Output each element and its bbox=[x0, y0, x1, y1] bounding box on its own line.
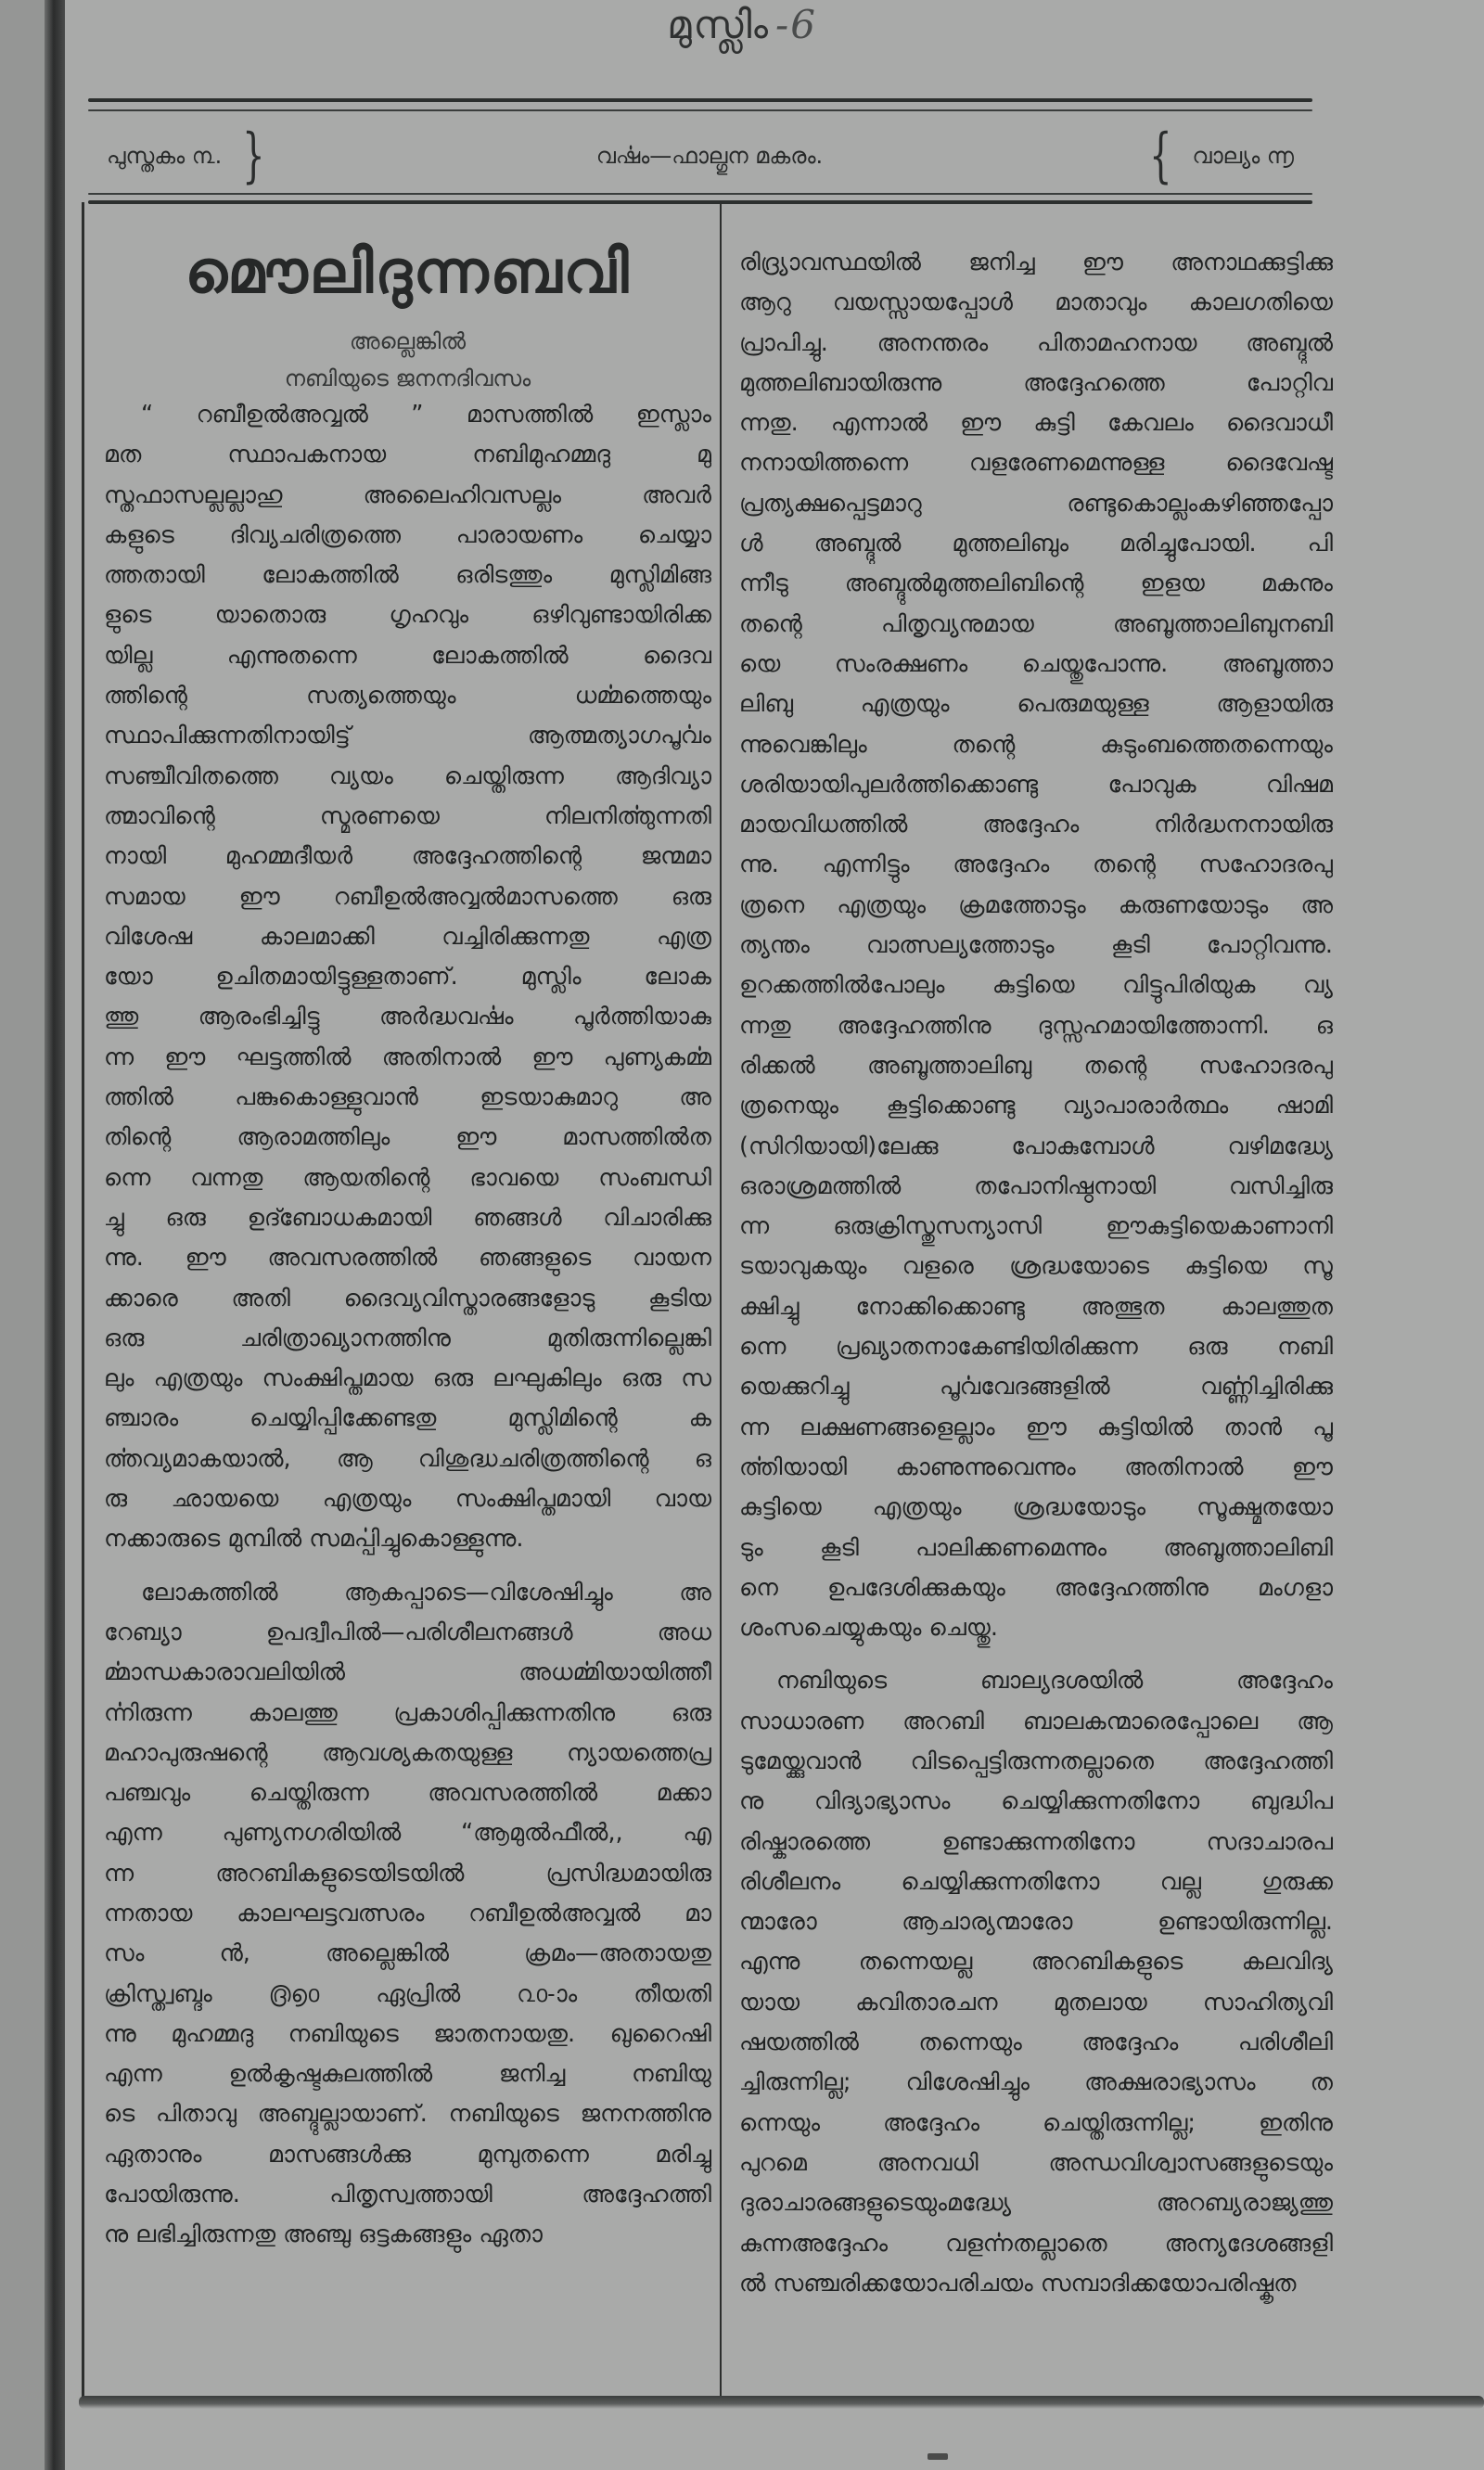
header-rule-top-thin bbox=[88, 109, 1312, 111]
text-line: ൽ സഞ്ചരിക്കയോപരിചയം സമ്പാദിക്കയോപരിഷ്കൃത bbox=[739, 2264, 1333, 2304]
header-rule-bottom-thick bbox=[88, 200, 1312, 204]
text-line: ന്മാരോ ആചാര്യന്മാരോ ഉണ്ടായിരുന്നില്ല. bbox=[739, 1902, 1333, 1942]
text-line: ക്ഷിച്ചു നോക്കിക്കൊണ്ടു അത്ഭുത കാലത്തുത bbox=[739, 1287, 1333, 1327]
text-line: ക്രിസ്ത്വബ്ദം ൫൭൦ ഏപ്രിൽ ൨൦-ാം തീയതി bbox=[104, 1975, 711, 2015]
text-line: ന്നീടു അബ്ദുൽമുത്തലിബിന്റെ ഇളയ മകനും bbox=[739, 564, 1333, 604]
text-line: സം ൻ, അല്ലെങ്കിൽ ക്രമം—അതായതു bbox=[104, 1934, 711, 1974]
text-line: യെ സംരക്ഷണം ചെയ്തുപോന്നു. അബൂത്താ bbox=[739, 645, 1333, 685]
text-line: നെ ഉപദേശിക്കുകയും അദ്ദേഹത്തിനു മംഗളാ bbox=[739, 1568, 1333, 1608]
text-line: സമായ ഈ റബീഉൽഅവ്വൽമാസത്തെ ഒരു bbox=[104, 877, 711, 917]
text-line: ടെ പിതാവു അബ്ദുല്ലായാണ്. നബിയുടെ ജനനത്തി… bbox=[104, 2094, 711, 2134]
text-line: (സിറിയായി)ലേക്കു പോകുമ്പോൾ വഴിമദ്ധ്യേ bbox=[739, 1127, 1333, 1167]
text-line: ന്നു. ഈ അവസരത്തിൽ ഞങ്ങളുടെ വായന bbox=[104, 1238, 711, 1278]
text-line: മായവിധത്തിൽ അദ്ദേഹം നിർദ്ധനനായിരു bbox=[739, 805, 1333, 845]
text-line: സഞ്ചീവിതത്തെ വ്യയം ചെയ്തിരുന്ന ആദിവ്യാ bbox=[104, 757, 711, 797]
text-line: പുറമെ അനവധി അന്ധവിശ്വാസങ്ങളുടെയും bbox=[739, 2144, 1333, 2183]
page-binding-edge bbox=[45, 0, 65, 2470]
article-title: മൌലിദുന്നബവി bbox=[104, 234, 711, 312]
text-line: ശരിയായിപുലർത്തിക്കൊണ്ടു പോവുക വിഷമ bbox=[739, 765, 1333, 805]
text-line: ച്ചിരുന്നില്ല; വിശേഷിച്ചും അക്ഷരാഭ്യാസം … bbox=[739, 2063, 1333, 2103]
text-line: ടും കൂടി പാലിക്കണമെന്നും അബൂത്താലിബി bbox=[739, 1529, 1333, 1568]
text-line: ഞ്ചാരം ചെയ്യിപ്പിക്കേണ്ടതു മുസ്ലിമിന്റെ … bbox=[104, 1399, 711, 1439]
issue-info-bar: പുസ്തകം ൩. } വൎഷം—ഫാല്ഗുന മകരം. { വാല്യം… bbox=[88, 125, 1322, 186]
text-line: ത്തിന്റെ സത്യത്തെയും ധൎമ്മത്തെയും bbox=[104, 676, 711, 716]
text-line: ന്നതായ കാലഘട്ടവത്സരം റബീഉൽഅവ്വൽ മാ bbox=[104, 1894, 711, 1934]
handwritten-page-mark: -6 bbox=[775, 2, 817, 47]
text-line: ന്നു. എന്നിട്ടും അദ്ദേഹം തന്റെ സഹോദരപു bbox=[739, 845, 1333, 885]
right-brace-icon: } bbox=[242, 126, 264, 186]
text-line: ത്മാവിന്റെ സ്മരണയെ നിലനിൎത്തുന്നതി bbox=[104, 797, 711, 837]
text-line: സ്തഫാസല്ലല്ലാഹു അലൈഹിവസല്ലം അവർ bbox=[104, 476, 711, 516]
masthead-title: മുസ്ലിം bbox=[667, 2, 770, 47]
text-line: പഞ്ചവും ചെയ്തിരുന്ന അവസരത്തിൽ മക്കാ bbox=[104, 1773, 711, 1813]
article-paragraph-1: “ റബീഉൽഅവ്വൽ ” മാസത്തിൽ ഇസ്ലാംമത സ്ഥാപകന… bbox=[104, 395, 711, 1560]
text-line: ലിബു എത്രയും പെരുമയുള്ള ആളായിരു bbox=[739, 685, 1333, 724]
left-brace-icon: { bbox=[1149, 126, 1171, 186]
text-line: നബിയുടെ ബാല്യദശയിൽ അദ്ദേഹം bbox=[739, 1661, 1333, 1701]
text-line: എന്ന ഉൽകൃഷ്ടകുലത്തിൽ ജനിച്ച നബിയു bbox=[104, 2054, 711, 2094]
text-line: നു ലഭിച്ചിരുന്നതു അഞ്ചു ഒട്ടകങ്ങളും ഏതാ bbox=[104, 2215, 711, 2255]
text-line: രിക്കൽ അബൂത്താലിബു തന്റെ സഹോദരപു bbox=[739, 1046, 1333, 1086]
text-line: ൎമ്മാന്ധകാരാവലിയിൽ അധൎമ്മിയായിത്തീ bbox=[104, 1653, 711, 1693]
text-line: എന്ന പുണ്യനഗരിയിൽ “ആമുൽഫീൽ,, എ bbox=[104, 1813, 711, 1853]
text-line: മഹാപുരുഷന്റെ ആവശ്യകതയുള്ള ന്യായത്തെപ്ര bbox=[104, 1734, 711, 1773]
text-line: ന്ന ലക്ഷണങ്ങളെല്ലാം ഈ കുട്ടിയിൽ താൻ പൂ bbox=[739, 1408, 1333, 1448]
text-line: രിശീലനം ചെയ്യിക്കുന്നതിനോ വല്ല ഗുരുക്ക bbox=[739, 1862, 1333, 1902]
text-line: യില്ല എന്നുതന്നെ ലോകത്തിൽ ദൈവ bbox=[104, 636, 711, 676]
text-line: കുട്ടിയെ എത്രയും ശ്രദ്ധയോടും സൂക്ഷ്മതയോ bbox=[739, 1488, 1333, 1528]
page-bottom-border bbox=[79, 2396, 1484, 2409]
article-subtitle-or: അല്ലെങ്കിൽ bbox=[104, 325, 711, 358]
text-line: ശംസചെയ്യുകയും ചെയ്തു. bbox=[739, 1608, 1333, 1648]
article-column-left: മൌലിദുന്നബവി അല്ലെങ്കിൽ നബിയുടെ ജനനദിവസം… bbox=[104, 213, 711, 2256]
text-line: നക്കാരുടെ മുമ്പിൽ സമൎപ്പിച്ചുകൊള്ളുന്നു. bbox=[104, 1519, 711, 1559]
text-line: ൾ അബ്ദുൽ മുത്തലിബും മരിച്ചുപോയി. പി bbox=[739, 524, 1333, 564]
issue-book-number: പുസ്തകം ൩. } bbox=[88, 126, 357, 186]
header-rule-top-thick bbox=[88, 98, 1312, 102]
text-line: മത സ്ഥാപകനായ നബിമുഹമ്മദു മു bbox=[104, 435, 711, 475]
header-rule-bottom-thin bbox=[88, 193, 1312, 195]
text-line: പ്രത്യക്ഷപ്പെട്ടമാറു രണ്ടുകൊല്ലംകഴിഞ്ഞപ്… bbox=[739, 484, 1333, 524]
volume-label: വാല്യം ൬ bbox=[1192, 143, 1294, 169]
text-line: എന്നു തന്നെയല്ല അറബികളുടെ കലവിദ്യ bbox=[739, 1942, 1333, 1982]
text-line: കുന്നഅദ്ദേഹം വളൎന്നതല്ലാതെ അന്യദേശങ്ങളി bbox=[739, 2224, 1333, 2264]
text-line: ന്നെ പ്രഖ്യാതനാകേണ്ടിയിരിക്കുന്ന ഒരു നബി bbox=[739, 1327, 1333, 1367]
text-line: ന്നു മുഹമ്മദു നബിയുടെ ജാതനായതു. ഖുറൈഷി bbox=[104, 2015, 711, 2054]
text-line: ന്നെയും അദ്ദേഹം ചെയ്തിരുന്നില്ല; ഇതിനു bbox=[739, 2104, 1333, 2144]
text-line: ഏതാനും മാസങ്ങൾക്കു മുമ്പുതന്നെ മരിച്ചു bbox=[104, 2135, 711, 2175]
text-line: ന്ന ഒരുക്രിസ്തുസന്യാസി ഈകുട്ടിയെകാണാനി bbox=[739, 1207, 1333, 1247]
text-line: ടയാവുകയും വളരെ ശ്രദ്ധയോടെ കുട്ടിയെ സൂ bbox=[739, 1247, 1333, 1286]
issue-date-line: വൎഷം—ഫാല്ഗുന മകരം. bbox=[357, 143, 1062, 169]
text-line: ലോകത്തിൽ ആകപ്പാടെ—വിശേഷിച്ചും അ bbox=[104, 1573, 711, 1613]
text-line: നായി മുഹമ്മദീയർ അദ്ദേഹത്തിന്റെ ജന്മമാ bbox=[104, 837, 711, 877]
text-line: രിഷ്കാരത്തെ ഉണ്ടാക്കുന്നതിനോ സദാചാരപ bbox=[739, 1823, 1333, 1862]
text-line: ൎത്തിയായി കാണുന്നുവെന്നും അതിനാൽ ഈ bbox=[739, 1448, 1333, 1488]
text-line: ൎത്തവ്യമാകയാൽ, ആ വിശുദ്ധചരിത്രത്തിന്റെ ഒ bbox=[104, 1440, 711, 1479]
text-line: ഒരാശ്രമത്തിൽ തപോനിഷ്ഠനായി വസിച്ചിരു bbox=[739, 1167, 1333, 1207]
article-paragraph-2: ലോകത്തിൽ ആകപ്പാടെ—വിശേഷിച്ചും അറേബ്യാ ഉപ… bbox=[104, 1573, 711, 2256]
text-line: ച്ചു ഒരു ഉദ്ബോധകമായി ഞങ്ങൾ വിചാരിക്കു bbox=[104, 1198, 711, 1238]
text-line: ലും എത്രയും സംക്ഷിപ്തമായ ഒരു ലഘുകിലും ഒര… bbox=[104, 1359, 711, 1399]
issue-volume: { വാല്യം ൬ bbox=[1062, 126, 1322, 186]
column-divider bbox=[720, 202, 722, 2402]
text-line: സ്ഥാപിക്കുന്നതിനായിട്ട് ആത്മത്യാഗപൂൎവം bbox=[104, 716, 711, 756]
text-line: ന്ന ഈ ഘട്ടത്തിൽ അതിനാൽ ഈ പുണ്യകൎമ്മ bbox=[104, 1038, 711, 1078]
article-column-right: രിദ്ര്യാവസ്ഥയിൽ ജനിച്ച ഈ അനാഥക്കുട്ടിക്ക… bbox=[739, 243, 1333, 2304]
text-line: ത്തു ആരംഭിച്ചിട്ടു അർദ്ധവൎഷം പൂർത്തിയാകു bbox=[104, 997, 711, 1037]
text-line: ത്യന്തം വാത്സല്യത്തോടും കൂടി പോറ്റിവന്നു… bbox=[739, 926, 1333, 966]
text-line: പോയിരുന്നു. പിതൃസ്വത്തായി അദ്ദേഹത്തി bbox=[104, 2175, 711, 2215]
text-line: ടുമേയ്ക്കുവാൻ വിടപ്പെട്ടിരുന്നതല്ലാതെ അദ… bbox=[739, 1742, 1333, 1782]
text-line: നനായിത്തന്നെ വളരേണമെന്നുള്ള ദൈവേഷ്ട bbox=[739, 443, 1333, 483]
left-frame-border bbox=[82, 202, 84, 2402]
text-line: ന്നതു അദ്ദേഹത്തിനു ദുസ്സഹമായിത്തോന്നി. ഒ bbox=[739, 1006, 1333, 1046]
text-line: വിശേഷ കാലമാക്കി വച്ചിരിക്കുന്നതു എത്ര bbox=[104, 917, 711, 957]
text-line: യെക്കുറിച്ചു പൂൎവവേദങ്ങളിൽ വൎണ്ണിച്ചിരിക… bbox=[739, 1367, 1333, 1407]
text-line: ന്ന അറബികളുടെയിടയിൽ പ്രസിദ്ധമായിരു bbox=[104, 1854, 711, 1894]
text-line: ത്തതായി ലോകത്തിൽ ഒരിടത്തും മുസ്ലിമിങ്ങ bbox=[104, 556, 711, 595]
text-line: ന്നുവെങ്കിലും തന്റെ കുടുംബത്തെതന്നെയും bbox=[739, 725, 1333, 765]
text-line: കളുടെ ദിവ്യചരിത്രത്തെ പാരായണം ചെയ്യാ bbox=[104, 516, 711, 556]
text-line: “ റബീഉൽഅവ്വൽ ” മാസത്തിൽ ഇസ്ലാം bbox=[104, 395, 711, 435]
text-line: ന്നെ വന്നതു ആയതിന്റെ ഭാവയെ സംബന്ധി bbox=[104, 1158, 711, 1198]
text-line: ന്നതു. എന്നാൽ ഈ കുട്ടി കേവലം ദൈവാധീ bbox=[739, 403, 1333, 443]
text-line: ഷയത്തിൽ തന്നെയും അദ്ദേഹം പരിശീലി bbox=[739, 2023, 1333, 2063]
text-line: ക്കാരെ അതി ദൈവ്യവിസ്താരങ്ങളോടു കൂടിയ bbox=[104, 1279, 711, 1319]
text-line: റേബ്യാ ഉപദ്വീപിൽ—പരിശീലനങ്ങൾ അധ bbox=[104, 1613, 711, 1653]
text-line: തന്റെ പിതൃവ്യനുമായ അബൂത്താലിബുനബി bbox=[739, 605, 1333, 645]
text-line: ത്രനെയും കൂട്ടിക്കൊണ്ടു വ്യാപാരാർത്ഥം ഷാ… bbox=[739, 1086, 1333, 1126]
scan-debris-mark bbox=[927, 2453, 948, 2460]
scan-left-margin bbox=[0, 0, 45, 2470]
text-line: യോ ഉചിതമായിട്ടുള്ളതാണ്. മുസ്ലിം ലോക bbox=[104, 957, 711, 997]
article-subtitle: നബിയുടെ ജനനദിവസം bbox=[104, 362, 711, 395]
text-line: രിദ്ര്യാവസ്ഥയിൽ ജനിച്ച ഈ അനാഥക്കുട്ടിക്ക… bbox=[739, 243, 1333, 283]
book-number-label: പുസ്തകം ൩. bbox=[107, 143, 222, 169]
text-line: ത്രനെ എത്രയും ക്രമത്തോടും കരുണയോടും അ bbox=[739, 886, 1333, 926]
text-line: ളുടെ യാതൊരു ഗൃഹവും ഒഴിവുണ്ടായിരിക്ക bbox=[104, 595, 711, 635]
text-line: ത്തിൽ പങ്കുകൊള്ളുവാൻ ഇടയാകുമാറു അ bbox=[104, 1078, 711, 1118]
article-paragraph-continued: രിദ്ര്യാവസ്ഥയിൽ ജനിച്ച ഈ അനാഥക്കുട്ടിക്ക… bbox=[739, 243, 1333, 1648]
text-line: ദുരാചാരങ്ങളുടെയുംമദ്ധ്യേ അറബ്യരാജ്യത്തു bbox=[739, 2183, 1333, 2223]
masthead: മുസ്ലിം-6 bbox=[0, 2, 1484, 48]
text-line: ഒരു ചരിത്രാഖ്യാനത്തിനു മുതിരുന്നില്ലെങ്ക… bbox=[104, 1319, 711, 1359]
text-line: തിന്റെ ആരാമത്തിലും ഈ മാസത്തിൽത bbox=[104, 1118, 711, 1158]
text-line: നു വിദ്യാഭ്യാസം ചെയ്യിക്കുന്നതിനോ ബുദ്ധി… bbox=[739, 1782, 1333, 1822]
text-line: ആറു വയസ്സായപ്പോൾ മാതാവും കാലഗതിയെ bbox=[739, 283, 1333, 323]
article-paragraph-childhood: നബിയുടെ ബാല്യദശയിൽ അദ്ദേഹംസാധാരണ അറബി ബാ… bbox=[739, 1661, 1333, 2304]
text-line: സാധാരണ അറബി ബാലകന്മാരെപ്പോലെ ആ bbox=[739, 1702, 1333, 1742]
text-line: യായ കവിതാരചന മുതലായ സാഹിത്യവി bbox=[739, 1983, 1333, 2023]
text-line: രു ഛായയെ എത്രയും സംക്ഷിപ്തമായി വായ bbox=[104, 1479, 711, 1519]
text-line: പ്രാപിച്ചു. അനന്തരം പിതാമഹനായ അബ്ദുൽ bbox=[739, 324, 1333, 364]
text-line: മുത്തലിബായിരുന്നു അദ്ദേഹത്തെ പോറ്റിവ bbox=[739, 364, 1333, 403]
text-line: ൎന്നിരുന്ന കാലത്തു പ്രകാശിപ്പിക്കുന്നതിന… bbox=[104, 1694, 711, 1734]
text-line: ഉറക്കത്തിൽപോലും കുട്ടിയെ വിട്ടുപിരിയുക വ… bbox=[739, 966, 1333, 1005]
